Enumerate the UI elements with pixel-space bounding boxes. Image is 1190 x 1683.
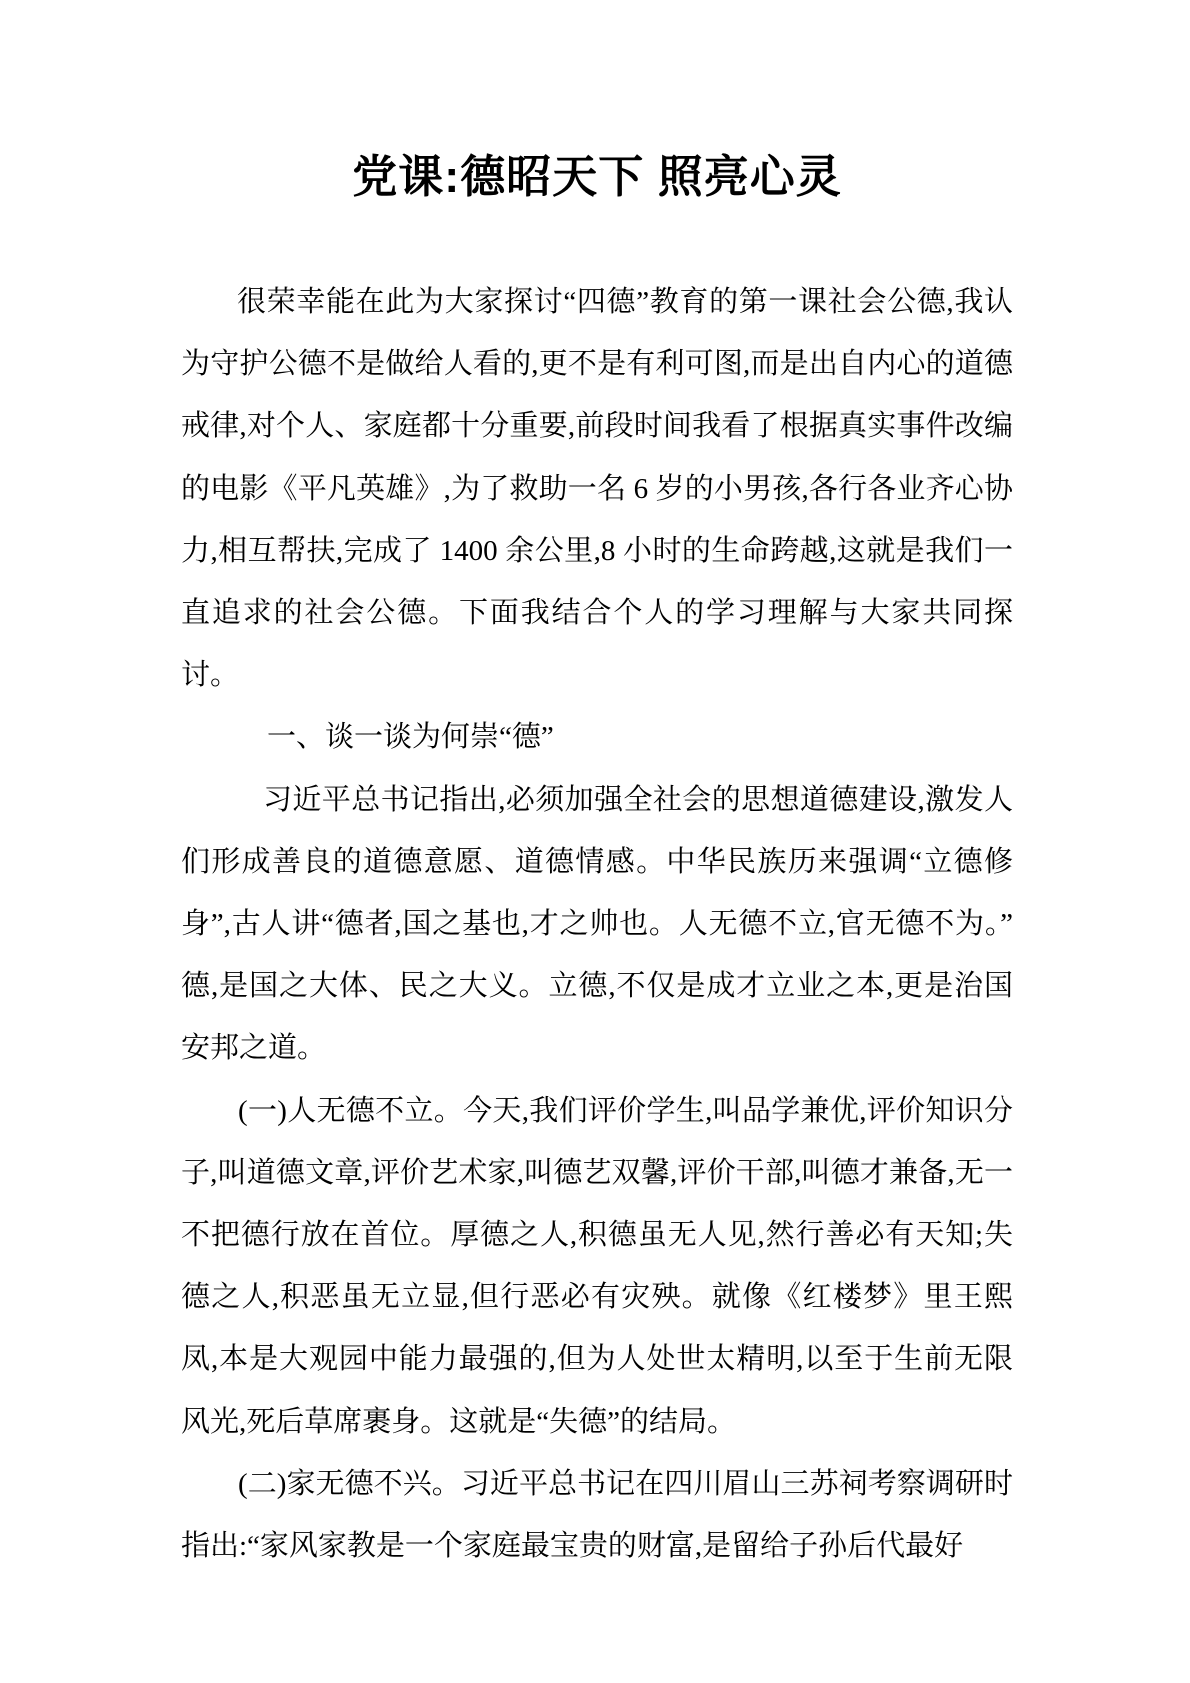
document-body: 很荣幸能在此为大家探讨“四德”教育的第一课社会公德,我认为守护公德不是做给人看的… <box>181 271 1013 1577</box>
paragraph-intro: 很荣幸能在此为大家探讨“四德”教育的第一课社会公德,我认为守护公德不是做给人看的… <box>181 271 1013 706</box>
paragraph-why-virtue: 习近平总书记指出,必须加强全社会的思想道德建设,激发人们形成善良的道德意愿、道德… <box>181 769 1013 1080</box>
paragraph-family-without-virtue: (二)家无德不兴。习近平总书记在四川眉山三苏祠考察调研时指出:“家风家教是一个家… <box>181 1453 1013 1577</box>
document-title: 党课:德昭天下 照亮心灵 <box>181 146 1013 207</box>
section-heading-1: 一、谈一谈为何崇“德” <box>181 706 1013 768</box>
paragraph-person-without-virtue: (一)人无德不立。今天,我们评价学生,叫品学兼优,评价知识分子,叫道德文章,评价… <box>181 1080 1013 1453</box>
document-page: 党课:德昭天下 照亮心灵 很荣幸能在此为大家探讨“四德”教育的第一课社会公德,我… <box>0 0 1190 1683</box>
